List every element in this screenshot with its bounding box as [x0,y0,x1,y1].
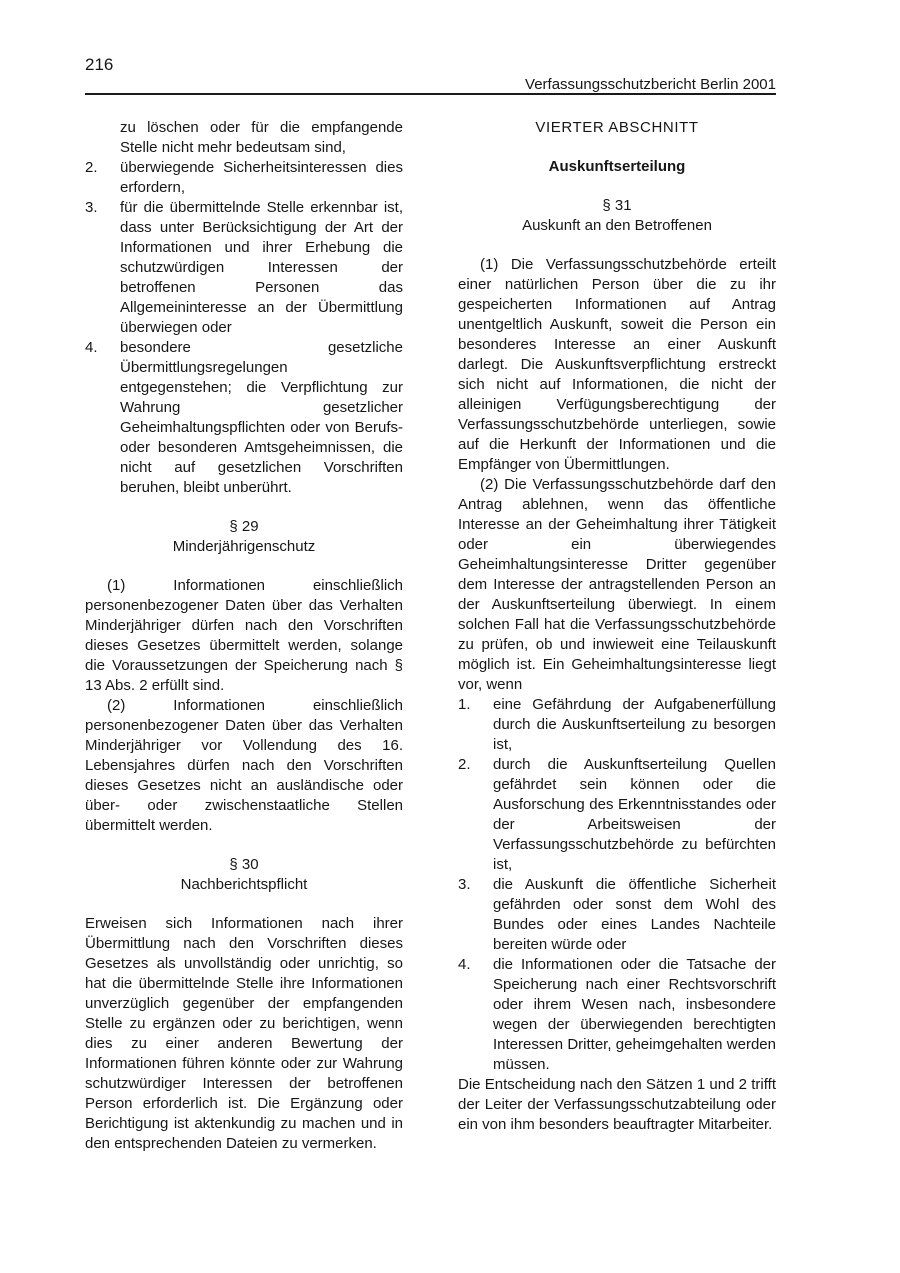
list-item: 1. eine Gefährdung der Aufgabenerfüllung… [458,695,776,755]
chapter-title: Auskunftserteilung [458,157,776,177]
section-29-paragraph-1: (1) Informationen einschließlich persone… [85,576,403,696]
list-item-text: besondere gesetzliche Übermittlungsregel… [120,338,403,498]
list-item-number: 2. [85,158,120,198]
document-page: 216 Verfassungsschutzbericht Berlin 2001… [0,0,900,1273]
list-item-number: 4. [458,955,493,1075]
list-item-number: 2. [458,755,493,875]
page-number: 216 [85,55,113,75]
list-item-text: eine Gefährdung der Aufgabenerfüllung du… [493,695,776,755]
part-heading: VIERTER ABSCHNITT [458,118,776,138]
section-29-title: Minderjährigenschutz [85,537,403,557]
section-30-body: Erweisen sich Informationen nach ihrer Ü… [85,914,403,1154]
list-item-number: 3. [458,875,493,955]
list-item: 4. die Informationen oder die Tatsache d… [458,955,776,1075]
list-item-text: die Auskunft die öffentliche Sicherheit … [493,875,776,955]
section-30-title: Nachberichtspflicht [85,875,403,895]
list-item-text: zu löschen oder für die empfangende Stel… [120,118,403,158]
list-item-text: für die übermittelnde Stelle erkennbar i… [120,198,403,338]
section-31-number: § 31 [458,196,776,216]
list-item-text: die Informationen oder die Tatsache der … [493,955,776,1075]
section-31-paragraph-2: (2) Die Verfassungsschutzbehörde darf de… [458,475,776,695]
list-item: 3. für die übermittelnde Stelle erkennba… [85,198,403,338]
section-31-title: Auskunft an den Betroffenen [458,216,776,236]
list-item-number: 3. [85,198,120,338]
list-item-number: 1. [458,695,493,755]
section-31-paragraph-1: (1) Die Verfassungsschutzbehörde erteilt… [458,255,776,475]
list-item-text: durch die Auskunftserteilung Quellen gef… [493,755,776,875]
section-29-number: § 29 [85,517,403,537]
list-item: 3. die Auskunft die öffentliche Sicherhe… [458,875,776,955]
list-item-number: 4. [85,338,120,498]
two-column-body: zu löschen oder für die empfangende Stel… [85,118,776,1154]
list-item-number [85,118,120,158]
left-column: zu löschen oder für die empfangende Stel… [85,118,403,1154]
section-29-paragraph-2: (2) Informationen einschließlich persone… [85,696,403,836]
list-item: 4. besondere gesetzliche Übermittlungsre… [85,338,403,498]
list-item-continuation: zu löschen oder für die empfangende Stel… [85,118,403,158]
right-column: VIERTER ABSCHNITT Auskunftserteilung § 3… [458,118,776,1154]
list-item: 2. durch die Auskunftserteilung Quellen … [458,755,776,875]
section-30-heading: § 30 Nachberichtspflicht [85,855,403,895]
list-item: 2. überwiegende Sicherheitsinteressen di… [85,158,403,198]
list-item-text: überwiegende Sicherheitsinteressen dies … [120,158,403,198]
section-29-heading: § 29 Minderjährigenschutz [85,517,403,557]
section-30-number: § 30 [85,855,403,875]
header-rule [85,93,776,95]
running-header-title: Verfassungsschutzbericht Berlin 2001 [525,76,776,93]
section-31-closing: Die Entscheidung nach den Sätzen 1 und 2… [458,1075,776,1135]
section-31-heading: § 31 Auskunft an den Betroffenen [458,196,776,236]
